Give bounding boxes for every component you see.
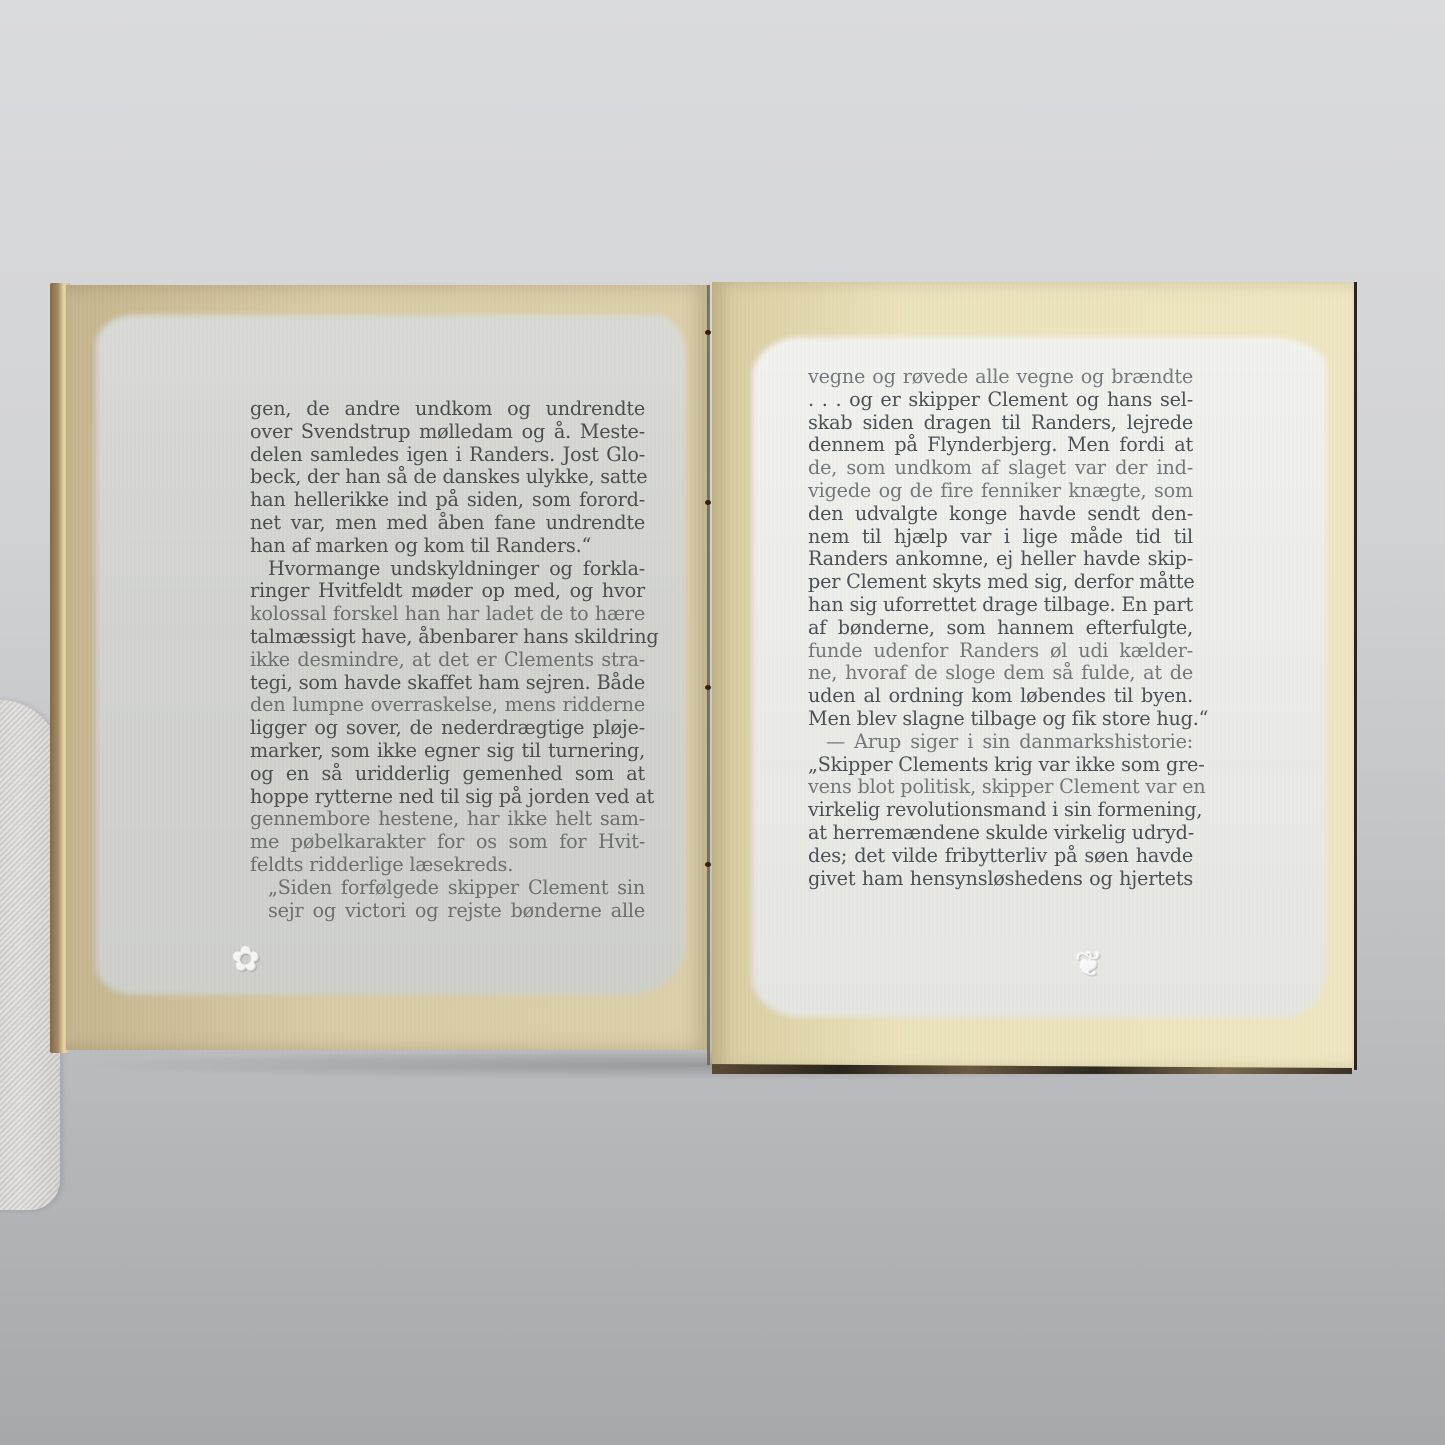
text-line: funde udenfor Randers øl udi kælder-: [808, 640, 1193, 663]
embossed-mark: ✿: [232, 940, 261, 980]
text-line: af bønderne, som hannem efterfulgte,: [808, 617, 1193, 640]
text-line: Randers ankomne, ej heller havde skip-: [808, 548, 1193, 571]
open-book: gen, de andre undkom og undrendte over S…: [0, 0, 1445, 1445]
text-line: feldts ridderlige læsekreds.: [250, 854, 645, 877]
text-line: og en så uridderlig gemenhed som at: [250, 763, 645, 786]
text-line: gennembore hestene, har ikke helt sam-: [250, 808, 645, 831]
stitch-hole: [705, 862, 711, 867]
text-line: at herremændene skulde virkelig udryd-: [808, 822, 1193, 845]
text-line: beck, der han så de danskes ulykke, satt…: [250, 466, 645, 489]
text-line: . . . og er skipper Clement og hans sel-: [808, 389, 1193, 412]
text-line: ligger og sover, de nederdrægtige pløje-: [250, 717, 645, 740]
embossed-mark: ❦: [1075, 945, 1104, 985]
text-line: den lumpne overraskelse, mens ridderne: [250, 694, 645, 717]
text-line: tegi, som havde skaffet ham sejren. Både: [250, 672, 645, 695]
text-line: kolossal forskel han har ladet de to hær…: [250, 603, 645, 626]
right-page-text: vegne og røvede alle vegne og brændte . …: [808, 366, 1193, 890]
text-line: ne, hvoraf de sloge dem så fulde, at de: [808, 662, 1193, 685]
text-line: per Clement skyts med sig, derfor måtte: [808, 571, 1193, 594]
text-line: de, som undkom af slaget var der ind-: [808, 457, 1193, 480]
text-line: dennem på Flynderbjerg. Men fordi at: [808, 434, 1193, 457]
text-line: uden al ordning kom løbendes til byen.: [808, 685, 1193, 708]
text-line: Men blev slagne tilbage og fik store hug…: [808, 708, 1193, 731]
text-line: me pøbelkarakter for os som for Hvit-: [250, 831, 645, 854]
text-line: marker, som ikke egner sig til turnering…: [250, 740, 645, 763]
text-line: Hvormange undskyldninger og forkla-: [250, 558, 645, 581]
text-line: den udvalgte konge havde sendt den-: [808, 503, 1193, 526]
text-line: des; det vilde fribytterliv på søen havd…: [808, 845, 1193, 868]
stitch-hole: [705, 500, 711, 505]
text-line: gen, de andre undkom og undrendte: [250, 398, 645, 421]
text-line: „Siden forfølgede skipper Clement sin: [250, 877, 645, 900]
text-line: han af marken og kom til Randers.“: [250, 535, 645, 558]
stitch-hole: [705, 685, 711, 690]
text-line: ringer Hvitfeldt møder op med, og hvor: [250, 580, 645, 603]
text-line: virkelig revolutionsmand i sin formening…: [808, 799, 1193, 822]
text-line: nem til hjælp var i lige måde tid til: [808, 526, 1193, 549]
text-line: talmæssigt have, åbenbarer hans skildrin…: [250, 626, 645, 649]
text-line: givet ham hensynsløshedens og hjertets: [808, 868, 1193, 891]
left-page-text: gen, de andre undkom og undrendte over S…: [250, 398, 645, 922]
text-line: vens blot politisk, skipper Clement var …: [808, 776, 1193, 799]
text-line: „Skipper Clements krig var ikke som gre-: [808, 754, 1193, 777]
text-line: sejr og victori og rejste bønderne alle: [250, 900, 645, 923]
text-line: vigede og de fire fenniker knægte, som: [808, 480, 1193, 503]
text-line: net var, men med åben fane undrendte: [250, 512, 645, 535]
text-line: skab siden dragen til Randers, lejrede: [808, 412, 1193, 435]
text-line: han hellerikke ind på siden, som forord-: [250, 489, 645, 512]
text-line: ikke desmindre, at det er Clements stra-: [250, 649, 645, 672]
text-line: over Svendstrup mølledam og å. Meste-: [250, 421, 645, 444]
text-line: vegne og røvede alle vegne og brændte: [808, 366, 1193, 389]
text-line: han sig uforrettet drage tilbage. En par…: [808, 594, 1193, 617]
book-gutter: [707, 285, 710, 1065]
text-line: delen samledes igen i Randers. Jost Glo-: [250, 444, 645, 467]
photo-scene: gen, de andre undkom og undrendte over S…: [0, 0, 1445, 1445]
text-line: — Arup siger i sin danmarkshistorie:: [808, 731, 1193, 754]
text-line: hoppe rytterne ned til sig på jorden ved…: [250, 786, 645, 809]
stitch-hole: [705, 330, 711, 335]
